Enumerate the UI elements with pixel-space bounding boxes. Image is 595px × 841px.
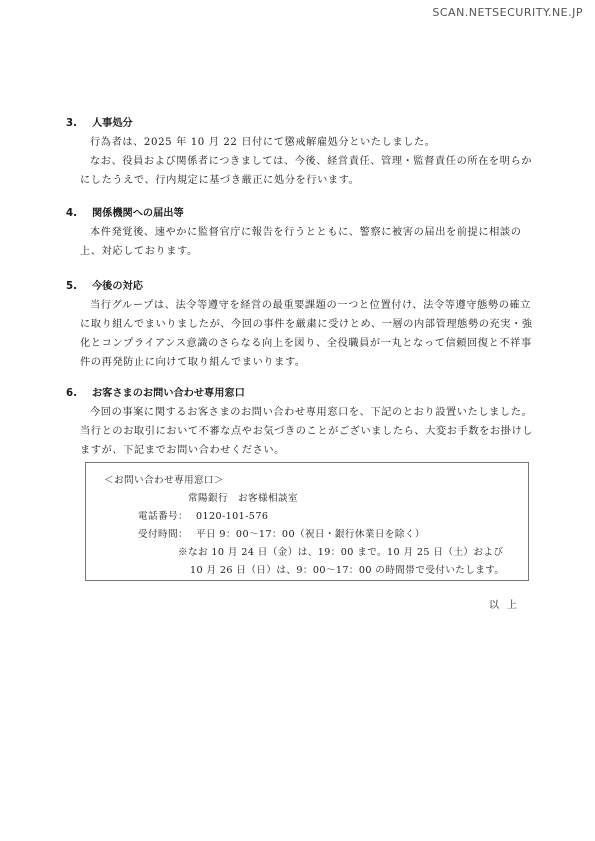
section-number: 5. (66, 277, 92, 296)
section-title: お客さまのお問い合わせ専用窓口 (92, 384, 245, 403)
paragraph: 本件発覚後、速やかに監督官庁に報告を行うとともに、警察に被害の届出を前提に相談の… (80, 223, 536, 261)
paragraph: なお、役員および関係者につきましては、今後、経営責任、管理・監督責任の所在を明ら… (80, 152, 536, 190)
phone-number: 0120-101-576 (196, 508, 268, 526)
section-heading: 6. お客さまのお問い合わせ専用窓口 (66, 384, 536, 403)
hours-label: 受付時間： (116, 526, 196, 544)
contact-organization: 常陽銀行 お客様相談室 (104, 490, 528, 508)
section-authority-reporting: 4. 関係機関への届出等 本件発覚後、速やかに監督官庁に報告を行うとともに、警察… (66, 204, 536, 261)
section-number: 3. (66, 114, 92, 133)
closing-mark: 以上 (489, 596, 525, 611)
section-future-response: 5. 今後の対応 当行グループは、法令等遵守を経営の最重要課題の一つと位置付け、… (66, 277, 536, 372)
hours-row: 受付時間： 平日 9：00～17：00（祝日・銀行休業日を除く） (104, 526, 528, 544)
paragraph: 今回の事案に関するお客さまのお問い合わせ専用窓口を、下記のとおり設置いたしました… (80, 403, 536, 460)
paragraph: 行為者は、2025 年 10 月 22 日付にて懲戒解雇処分といたしました。 (80, 133, 536, 152)
section-title: 人事処分 (92, 114, 133, 133)
section-personnel-action: 3. 人事処分 行為者は、2025 年 10 月 22 日付にて懲戒解雇処分とい… (66, 114, 536, 190)
section-customer-inquiry: 6. お客さまのお問い合わせ専用窓口 今回の事案に関するお客さまのお問い合わせ専… (66, 384, 536, 460)
hours-note-line1: ※なお 10 月 24 日（金）は、19：00 まで。10 月 25 日（土）お… (104, 544, 528, 562)
section-heading: 3. 人事処分 (66, 114, 536, 133)
section-title: 関係機関への届出等 (92, 204, 184, 223)
hours-value: 平日 9：00～17：00（祝日・銀行休業日を除く） (196, 526, 425, 544)
contact-box: ＜お問い合わせ専用窓口＞ 常陽銀行 お客様相談室 電話番号： 0120-101-… (85, 462, 529, 581)
section-heading: 5. 今後の対応 (66, 277, 536, 296)
watermark: SCAN.NETSECURITY.NE.JP (432, 6, 583, 19)
contact-heading: ＜お問い合わせ専用窓口＞ (104, 472, 528, 490)
section-heading: 4. 関係機関への届出等 (66, 204, 536, 223)
hours-note-line2: 10 月 26 日（日）は、9：00～17：00 の時間帯で受付いたします。 (104, 562, 528, 580)
phone-row: 電話番号： 0120-101-576 (104, 508, 528, 526)
section-title: 今後の対応 (92, 277, 143, 296)
phone-label: 電話番号： (116, 508, 196, 526)
section-number: 6. (66, 384, 92, 403)
paragraph: 当行グループは、法令等遵守を経営の最重要課題の一つと位置付け、法令等遵守態勢の確… (80, 296, 536, 372)
section-number: 4. (66, 204, 92, 223)
